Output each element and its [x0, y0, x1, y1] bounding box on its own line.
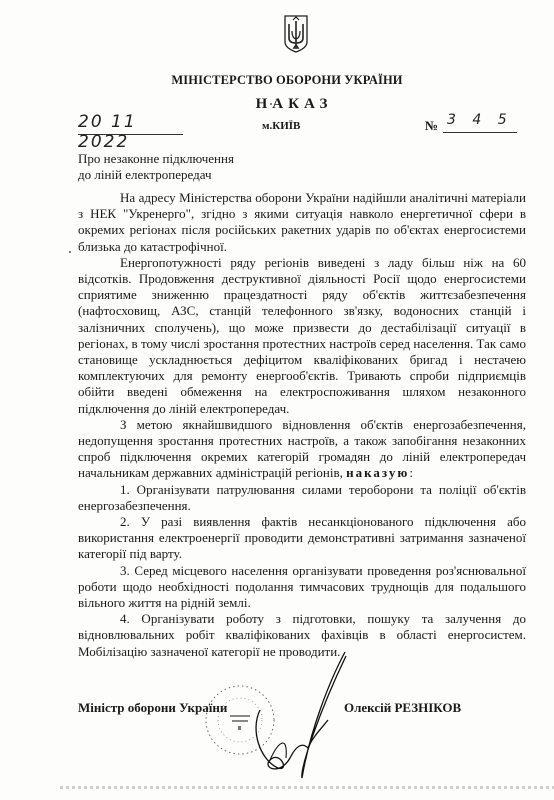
document-type-title: НАКАЗ [0, 96, 554, 113]
order-item-2: 2. У разі виявлення фактів несанкціонова… [78, 514, 526, 563]
purpose-text: З метою якнайшвидшого відновлення об'єкт… [78, 417, 526, 481]
scan-speck [69, 251, 71, 253]
order-document: МІНІСТЕРСТВО ОБОРОНИ УКРАЇНИ НАКАЗ 20 11… [0, 0, 554, 800]
signatory-name: Олексій РЕЗНІКОВ [344, 700, 461, 716]
subject-line-2: до ліній електропередач [78, 167, 234, 183]
order-subject: Про незаконне підключення до ліній елект… [78, 151, 234, 183]
subject-line-1: Про незаконне підключення [78, 151, 234, 167]
paragraph-situation: Енергопотужності ряду регіонів виведені … [78, 255, 526, 417]
handwritten-signature-icon [250, 650, 350, 780]
order-keyword: наказую [346, 465, 409, 480]
order-body: На адресу Міністерства оборони України н… [78, 190, 526, 660]
order-item-3: 3. Серед місцевого населення організуват… [78, 563, 526, 612]
scan-speck [270, 103, 272, 105]
ministry-title: МІНІСТЕРСТВО ОБОРОНИ УКРАЇНИ [0, 73, 554, 88]
order-item-1: 1. Організувати патрулювання силами теро… [78, 482, 526, 514]
trident-coat-of-arms-icon [283, 14, 309, 54]
order-number: 3 4 5 [443, 112, 517, 133]
order-date: 20 11 2022 [78, 112, 183, 135]
signatory-position: Міністр оборони України [78, 700, 227, 716]
purpose-colon: : [409, 465, 413, 480]
scan-edge-artifact [60, 786, 554, 789]
paragraph-purpose: З метою якнайшвидшого відновлення об'єкт… [78, 417, 526, 482]
paragraph-intro: На адресу Міністерства оборони України н… [78, 190, 526, 255]
order-number-label: № [425, 118, 438, 134]
order-city: м.КИЇВ [262, 120, 300, 132]
